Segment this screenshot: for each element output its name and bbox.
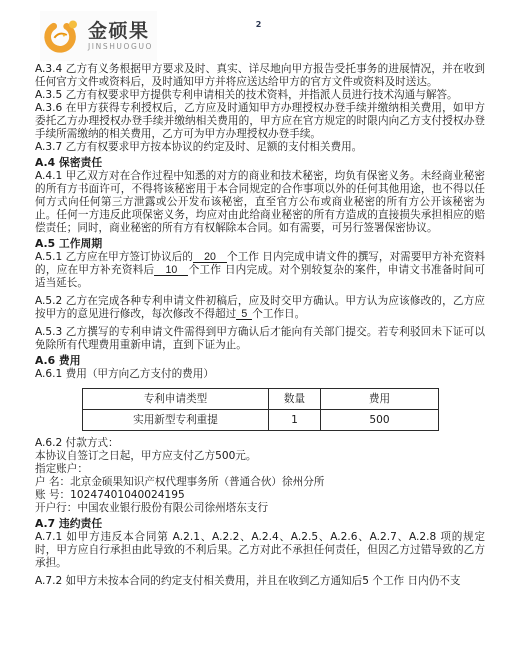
designated-account-label: 指定账户： xyxy=(35,463,485,476)
clause-a7-2: A.7.2 如甲方未按本合同的约定支付相关费用，并且在收到乙方通知后5 个工作 … xyxy=(35,575,485,588)
blank-working-days-10: 10 xyxy=(154,264,188,276)
account-name-line: 户 名：北京金硕果知识产权代理事务所（普通合伙）徐州分所 xyxy=(35,476,485,489)
payment-terms-line: 本协议自签订之日起，甲方应支付乙方500元。 xyxy=(35,450,485,463)
blank-working-days-20: 20 xyxy=(193,251,227,263)
blank-revision-days-5: 5 xyxy=(236,308,252,320)
clause-a3-7: A.3.7 乙方有权要求甲方按本协议的约定及时、足额的支付相关费用。 xyxy=(35,141,485,154)
clause-a5-1: A.5.1 乙方应在甲方签订协议后的20个工作 日内完成申请文件的撰写，对需要甲… xyxy=(35,251,485,290)
page-number: 2 xyxy=(256,20,262,29)
fee-table-header-qty: 数量 xyxy=(269,389,321,410)
fee-table-data-row: 实用新型专利重提 1 500 xyxy=(83,410,439,431)
brand-name-cn: 金硕果 xyxy=(88,22,153,41)
clause-a3-6: A.3.6 在甲方获得专利授权后，乙方应及时通知甲方办理授权办登手续并缴纳相关费… xyxy=(35,102,485,141)
brand-text: 金硕果 JINSHUOGUO xyxy=(88,22,153,51)
fee-table-cell-fee: 500 xyxy=(321,410,439,431)
clause-a4-1: A.4.1 甲乙双方对在合作过程中知悉的对方的商业和技术秘密，均负有保密义务。未… xyxy=(35,170,485,235)
fee-table-cell-type: 实用新型专利重提 xyxy=(83,410,269,431)
clause-a7-1: A.7.1 如甲方违反本合同第 A.2.1、A.2.2、A.2.4、A.2.5、… xyxy=(35,531,485,570)
clause-a6-1-label: A.6.1 费用（甲方向乙方支付的费用） xyxy=(35,368,485,381)
clause-a3-4: A.3.4 乙方有义务根据甲方要求及时、真实、详尽地向甲方报告受托事务的进展情况… xyxy=(35,63,485,89)
fee-table-header-row: 专利申请类型 数量 费用 xyxy=(83,389,439,410)
clause-a6-2-label: A.6.2 付款方式： xyxy=(35,437,485,450)
section-a5-heading: A.5 工作周期 xyxy=(35,237,485,251)
fee-table: 专利申请类型 数量 费用 实用新型专利重提 1 500 xyxy=(82,388,439,431)
clause-a5-3: A.5.3 乙方撰写的专利申请文件需得到甲方确认后才能向有关部门提交。若专利驳回… xyxy=(35,326,485,352)
section-a7-heading: A.7 违约责任 xyxy=(35,517,485,531)
section-a4-heading: A.4 保密责任 xyxy=(35,156,485,170)
brand-name-en: JINSHUOGUO xyxy=(88,43,153,51)
clause-a5-1-part1: A.5.1 乙方应在甲方签订协议后的 xyxy=(35,251,193,263)
contract-body: A.3.4 乙方有义务根据甲方要求及时、真实、详尽地向甲方报告受托事务的进展情况… xyxy=(0,58,517,588)
section-a6-heading: A.6 费用 xyxy=(35,354,485,368)
bank-line: 开户行：中国农业银行股份有限公司徐州塔东支行 xyxy=(35,502,485,515)
clause-a5-2-part2: 个工作日。 xyxy=(252,308,305,320)
clause-a3-5: A.3.5 乙方有权要求甲方提供专利申请相关的技术资料，并指派人员进行技术沟通与… xyxy=(35,89,485,102)
contract-page: 金硕果 JINSHUOGUO 2 A.3.4 乙方有义务根据甲方要求及时、真实、… xyxy=(0,0,517,656)
company-logo: 金硕果 JINSHUOGUO xyxy=(40,11,157,61)
fee-table-header-type: 专利申请类型 xyxy=(83,389,269,410)
fee-table-cell-qty: 1 xyxy=(269,410,321,431)
page-header: 金硕果 JINSHUOGUO 2 xyxy=(0,0,517,58)
fee-table-header-fee: 费用 xyxy=(321,389,439,410)
account-number-line: 账 号：10247401040024195 xyxy=(35,489,485,502)
clause-a5-2: A.5.2 乙方在完成各种专利申请文件初稿后，应及时交甲方确认。甲方认为应该修改… xyxy=(35,295,485,321)
logo-ring-icon xyxy=(41,12,83,60)
